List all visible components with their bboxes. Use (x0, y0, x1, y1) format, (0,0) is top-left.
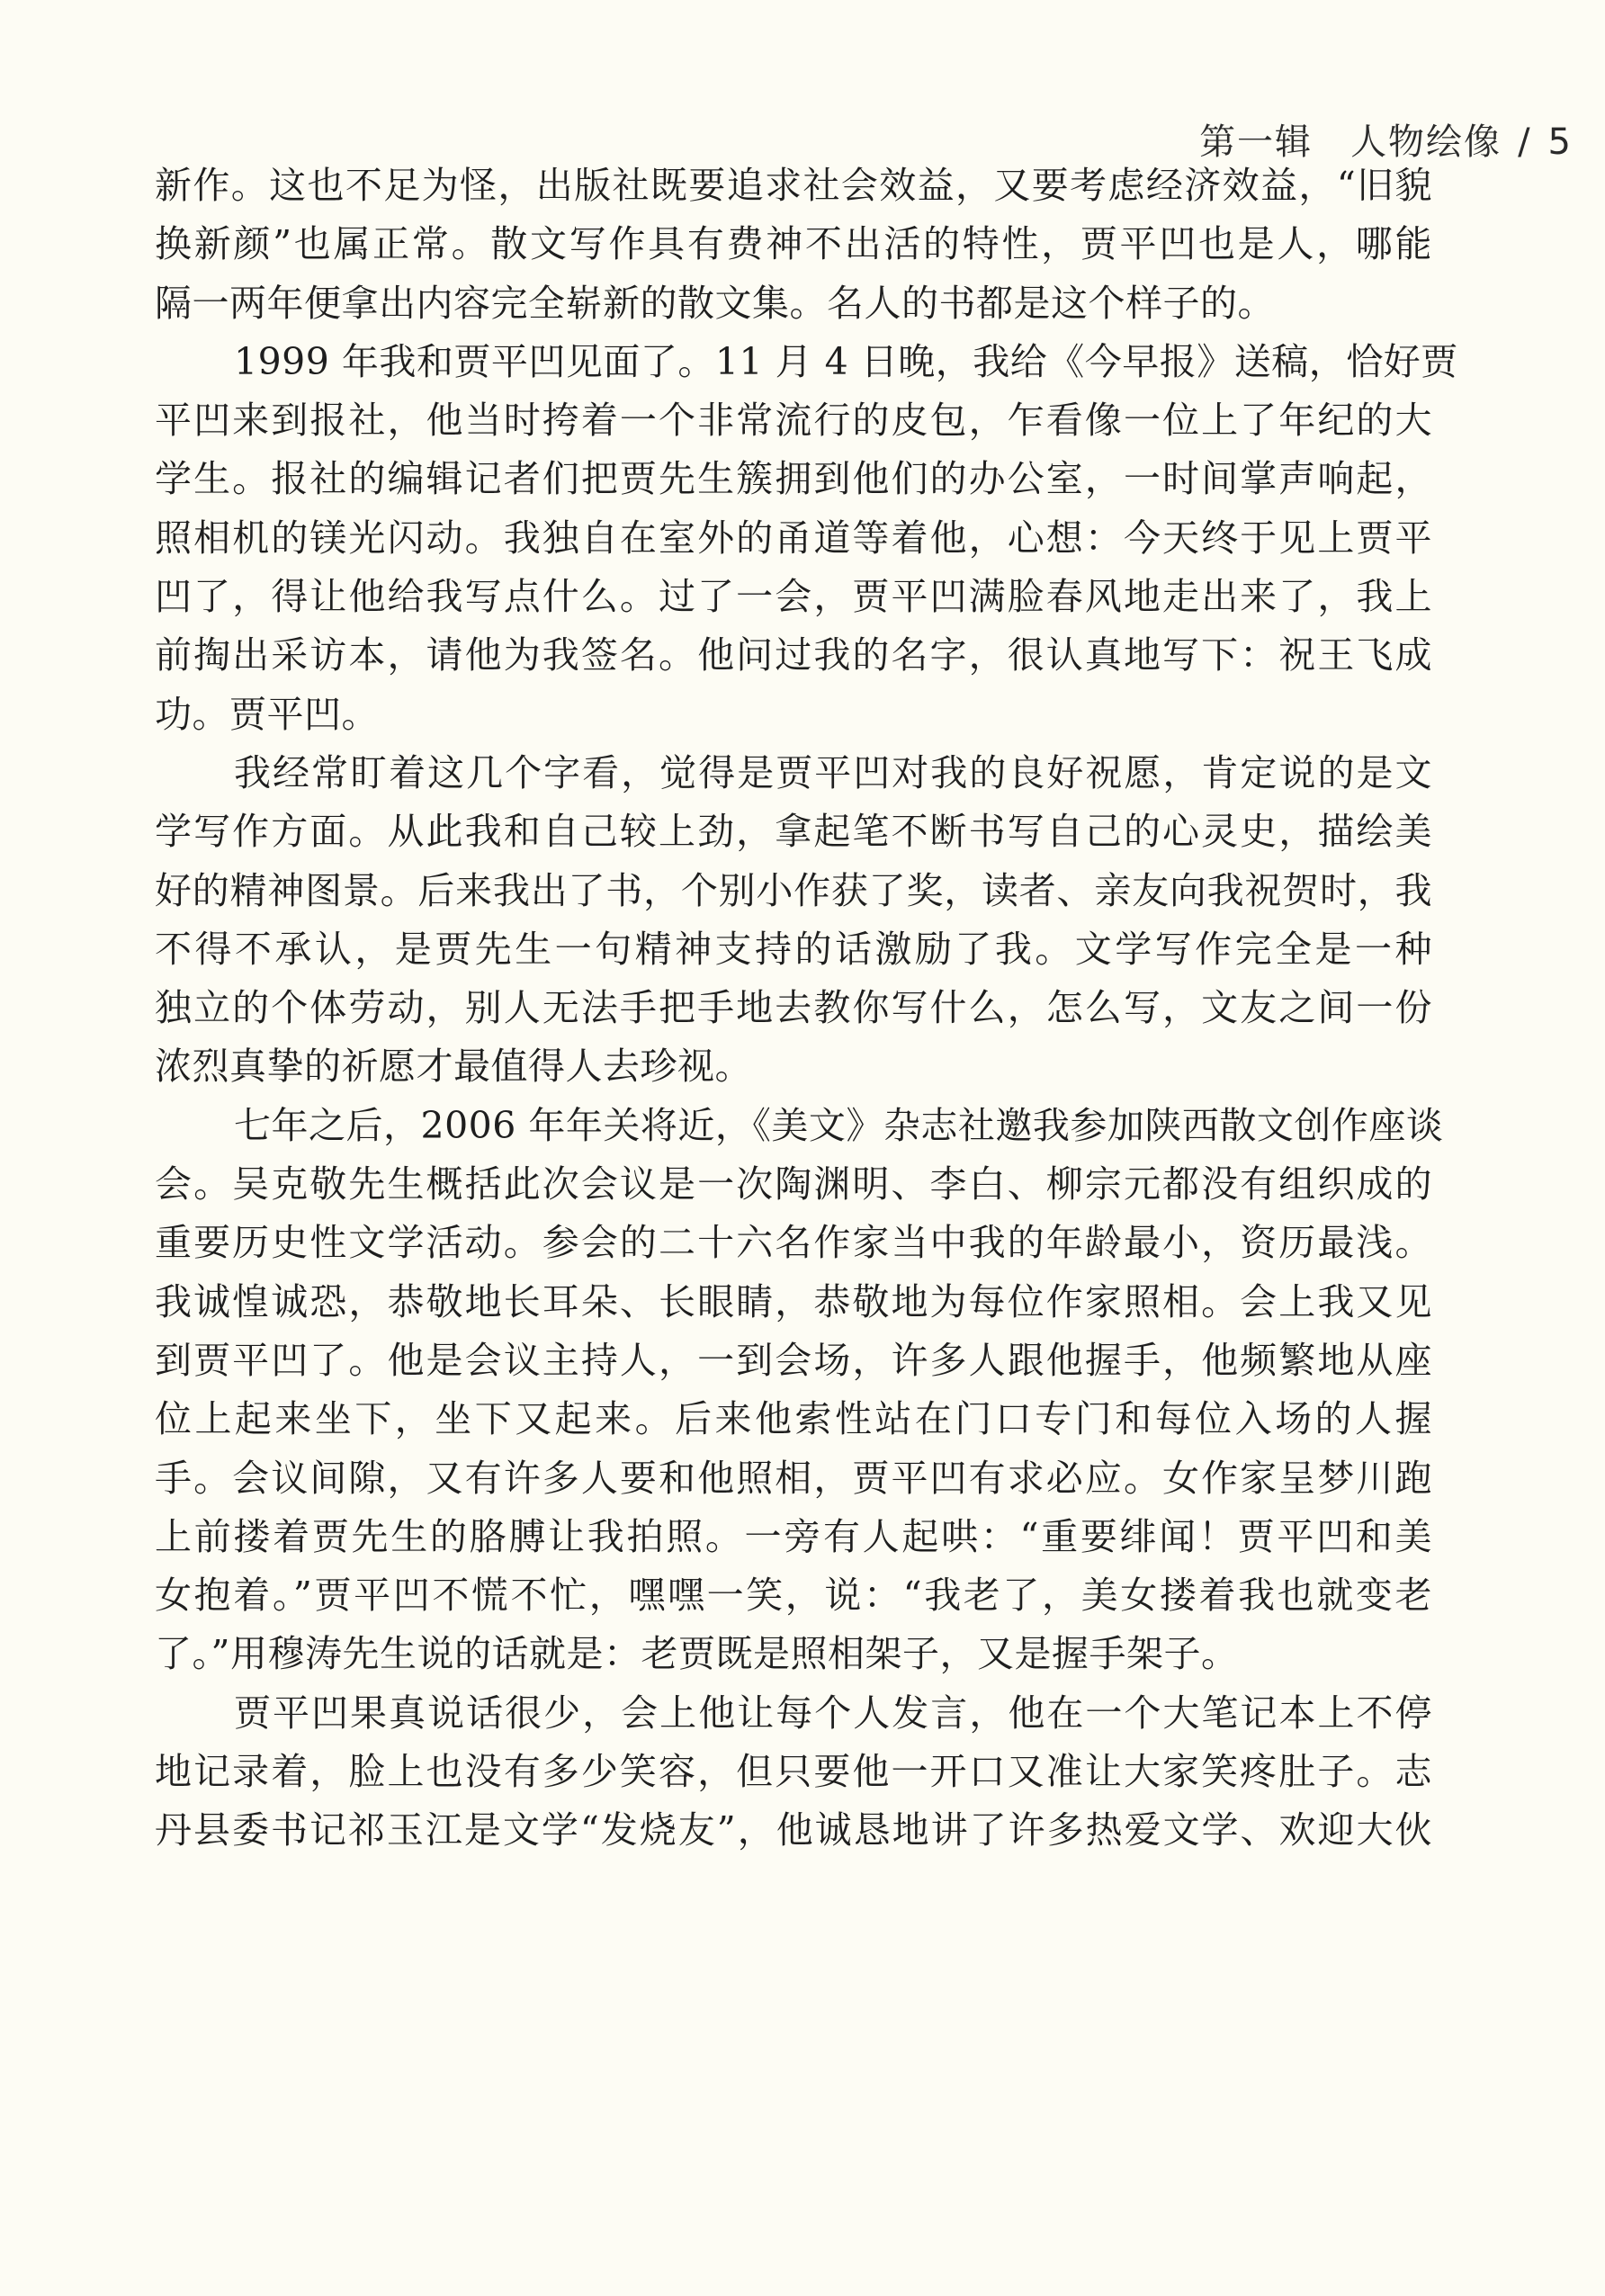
text-line: 丹县委书记祁玉江是文学“发烧友”，他诚恳地讲了许多热爱文学、欢迎大伙 (155, 1801, 1432, 1860)
text-line: 平凹来到报社，他当时挎着一个非常流行的皮包，乍看像一位上了年纪的大 (155, 391, 1432, 450)
text-line: 我经常盯着这几个字看，觉得是贾平凹对我的良好祝愿，肯定说的是文 (155, 744, 1432, 803)
text-line: 上前搂着贾先生的胳膊让我拍照。一旁有人起哄：“重要绯闻！贾平凹和美 (155, 1508, 1432, 1566)
text-line: 独立的个体劳动，别人无法手把手地去教你写什么，怎么写，文友之间一份 (155, 979, 1432, 1037)
page-number: 5 (1548, 121, 1573, 163)
paragraph-4: 七年之后，2006 年年关将近，《美文》杂志社邀我参加陕西散文创作座谈 会。吴克… (155, 1097, 1432, 1684)
text-line: 好的精神图景。后来我出了书，个别小作获了奖，读者、亲友向我祝贺时，我 (155, 862, 1432, 920)
text-line: 换新颜”也属正常。散文写作具有费神不出活的特性，贾平凹也是人，哪能 (155, 215, 1432, 274)
text-line: 了。”用穆涛先生说的话就是：老贾既是照相架子，又是握手架子。 (155, 1625, 1432, 1683)
text-line: 我诚惶诚恐，恭敬地长耳朵、长眼睛，恭敬地为每位作家照相。会上我又见 (155, 1273, 1432, 1332)
text-line: 1999 年我和贾平凹见面了。11 月 4 日晚，我给《今早报》送稿，恰好贾 (155, 333, 1432, 391)
running-header: 第一辑 人物绘像/5 (1173, 72, 1573, 165)
text-line: 前掏出采访本，请他为我签名。他问过我的名字，很认真地写下：祝王飞成 (155, 626, 1432, 685)
page-body: 新作。这也不足为怪，出版社既要追求社会效益，又要考虑经济效益，“旧貌 换新颜”也… (155, 157, 1432, 1861)
text-line: 隔一两年便拿出内容完全崭新的散文集。名人的书都是这个样子的。 (155, 274, 1432, 333)
text-line: 位上起来坐下，坐下又起来。后来他索性站在门口专门和每位入场的人握 (155, 1390, 1432, 1448)
text-line: 女抱着。”贾平凹不慌不忙，嘿嘿一笑，说：“我老了，美女搂着我也就变老 (155, 1566, 1432, 1625)
text-line: 不得不承认，是贾先生一句精神支持的话激励了我。文学写作完全是一种 (155, 920, 1432, 979)
paragraph-3: 我经常盯着这几个字看，觉得是贾平凹对我的良好祝愿，肯定说的是文 学写作方面。从此… (155, 744, 1432, 1097)
text-line: 凹了，得让他给我写点什么。过了一会，贾平凹满脸春风地走出来了，我上 (155, 568, 1432, 626)
text-line: 照相机的镁光闪动。我独自在室外的甬道等着他，心想：今天终于见上贾平 (155, 509, 1432, 568)
text-line: 地记录着，脸上也没有多少笑容，但只要他一开口又准让大家笑疼肚子。志 (155, 1743, 1432, 1801)
header-separator: / (1518, 121, 1531, 163)
text-line: 功。贾平凹。 (155, 686, 1432, 744)
text-line: 贾平凹果真说话很少，会上他让每个人发言，他在一个大笔记本上不停 (155, 1684, 1432, 1743)
text-line: 学生。报社的编辑记者们把贾先生簇拥到他们的办公室，一时间掌声响起， (155, 450, 1432, 508)
paragraph-5: 贾平凹果真说话很少，会上他让每个人发言，他在一个大笔记本上不停 地记录着，脸上也… (155, 1684, 1432, 1861)
paragraph-1: 新作。这也不足为怪，出版社既要追求社会效益，又要考虑经济效益，“旧貌 换新颜”也… (155, 157, 1432, 333)
text-line: 学写作方面。从此我和自己较上劲，拿起笔不断书写自己的心灵史，描绘美 (155, 803, 1432, 861)
text-line: 七年之后，2006 年年关将近，《美文》杂志社邀我参加陕西散文创作座谈 (155, 1097, 1432, 1155)
text-line: 手。会议间隙，又有许多人要和他照相，贾平凹有求必应。女作家呈梦川跑 (155, 1449, 1432, 1508)
text-line: 到贾平凹了。他是会议主持人，一到会场，许多人跟他握手，他频繁地从座 (155, 1332, 1432, 1390)
text-line: 会。吴克敬先生概括此次会议是一次陶渊明、李白、柳宗元都没有组织成的 (155, 1155, 1432, 1214)
text-line: 浓烈真挚的祈愿才最值得人去珍视。 (155, 1037, 1432, 1096)
text-line: 新作。这也不足为怪，出版社既要追求社会效益，又要考虑经济效益，“旧貌 (155, 157, 1432, 215)
paragraph-2: 1999 年我和贾平凹见面了。11 月 4 日晚，我给《今早报》送稿，恰好贾 平… (155, 333, 1432, 744)
text-line: 重要历史性文学活动。参会的二十六名作家当中我的年龄最小，资历最浅。 (155, 1214, 1432, 1272)
